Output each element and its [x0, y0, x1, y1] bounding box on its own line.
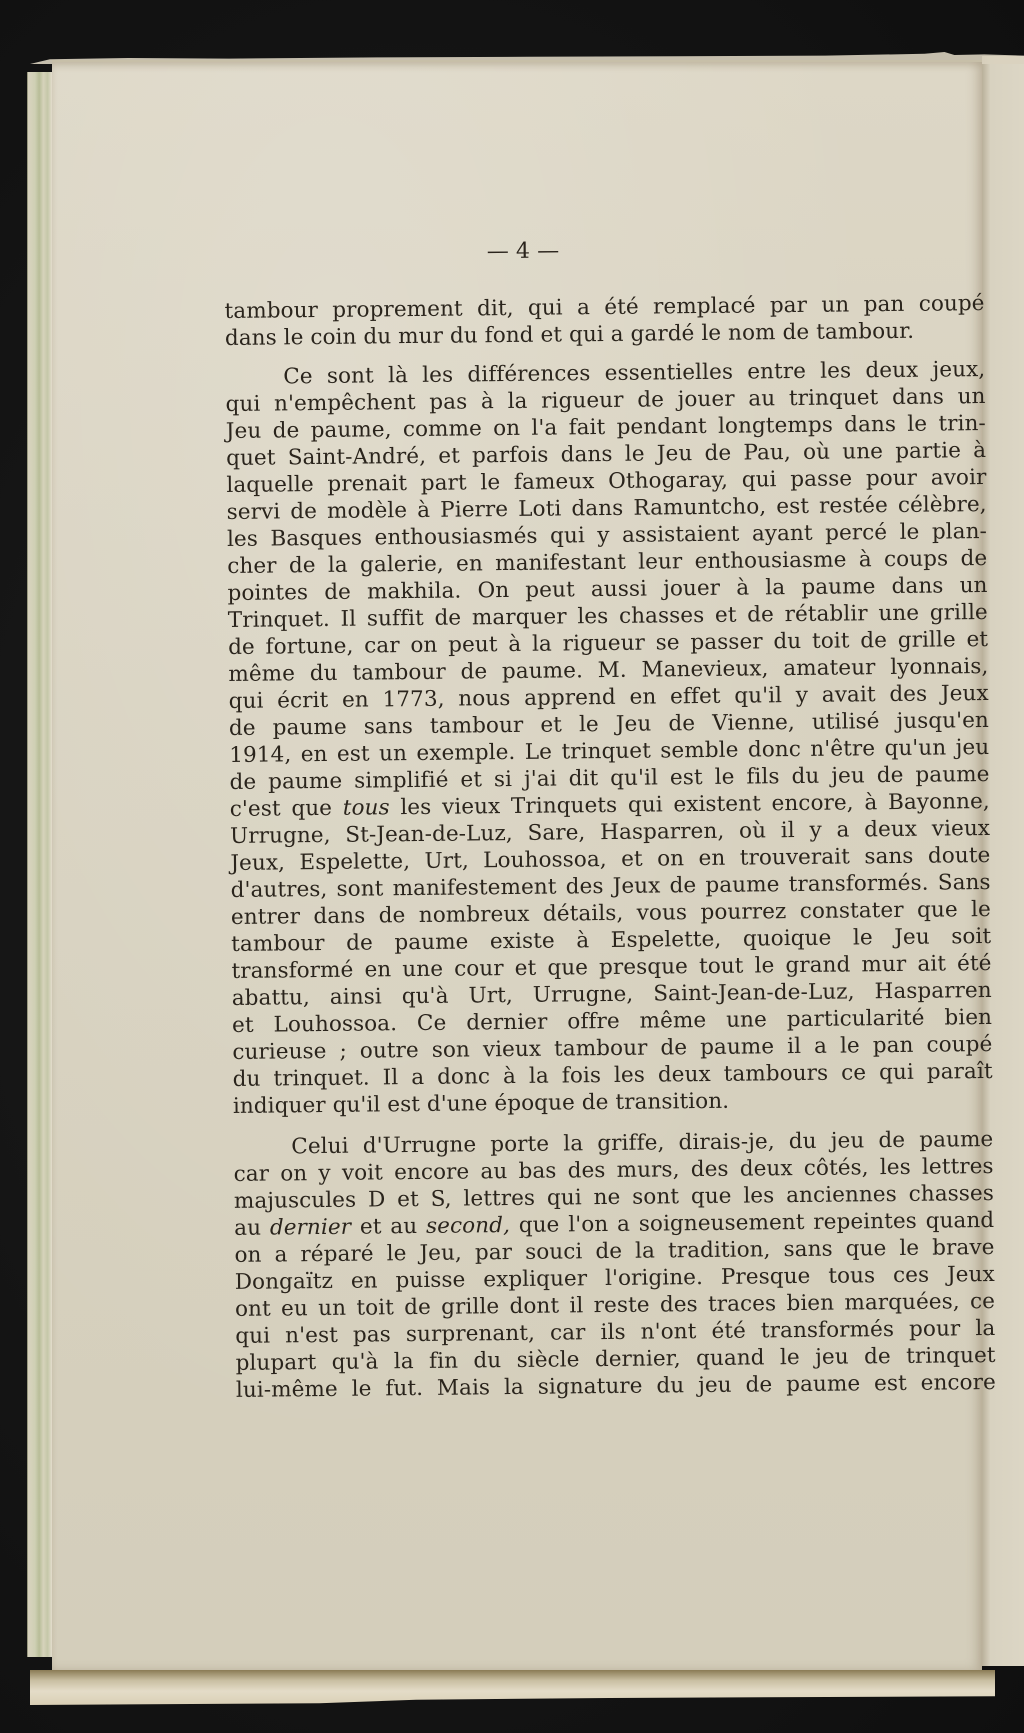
page: — 4 — tambour proprement dit, qui a été … — [52, 60, 982, 1670]
page-number: — 4 — — [144, 235, 902, 268]
text-span: au — [234, 1216, 261, 1241]
italic-text: dernier — [270, 1215, 351, 1241]
text-span: c'est que — [230, 796, 332, 822]
italic-text: tous — [343, 795, 390, 820]
text-span: que l'on a soigneusement repeintes quand — [519, 1208, 995, 1238]
italic-text: second, — [426, 1213, 510, 1239]
scanned-book-page: — 4 — tambour proprement dit, qui a été … — [0, 0, 1024, 1733]
torn-bottom-edge — [30, 1670, 995, 1705]
text-span: et au — [360, 1214, 418, 1240]
